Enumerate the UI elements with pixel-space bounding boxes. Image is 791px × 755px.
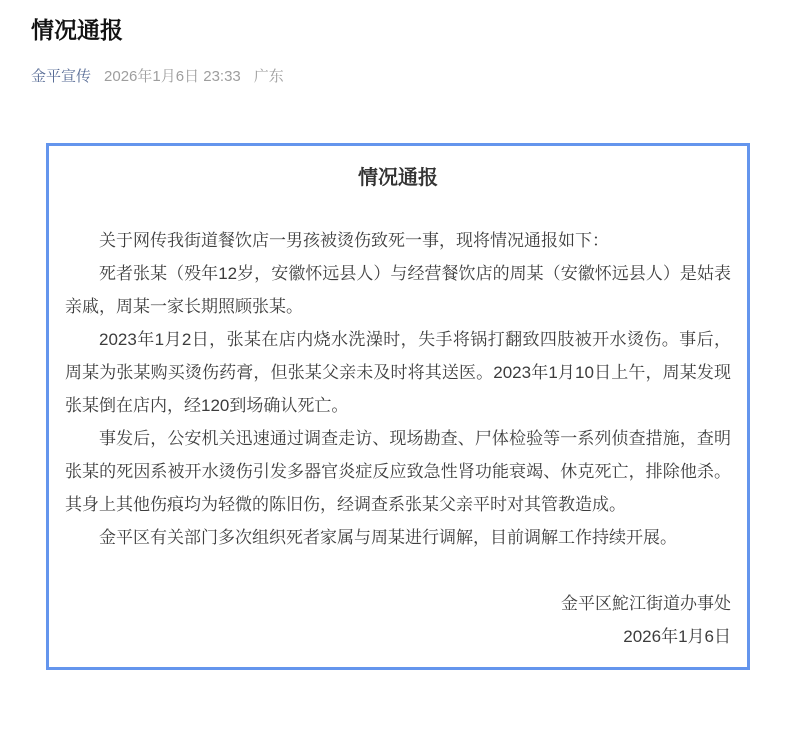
publish-location: 广东: [254, 66, 284, 87]
publish-datetime: 2026年1月6日 23:33: [104, 66, 241, 87]
notice-box: 情况通报 关于网传我街道餐饮店一男孩被烫伤致死一事，现将情况通报如下： 死者张某…: [46, 143, 750, 670]
author-link[interactable]: 金平宣传: [31, 66, 91, 87]
signature-organization: 金平区鮀江街道办事处: [65, 587, 731, 620]
page-title: 情况通报: [31, 14, 760, 46]
notice-paragraph: 事发后，公安机关迅速通过调查走访、现场勘查、尸体检验等一系列侦查措施，查明张某的…: [65, 422, 731, 521]
signature-date: 2026年1月6日: [65, 620, 731, 653]
notice-paragraph: 2023年1月2日，张某在店内烧水洗澡时，失手将锅打翻致四肢被开水烫伤。事后，周…: [65, 323, 731, 422]
notice-paragraph: 金平区有关部门多次组织死者家属与周某进行调解，目前调解工作持续开展。: [65, 521, 731, 554]
notice-paragraph: 死者张某（殁年12岁，安徽怀远县人）与经营餐饮店的周某（安徽怀远县人）是姑表亲戚…: [65, 257, 731, 323]
article-page: 情况通报 金平宣传 2026年1月6日 23:33 广东 情况通报 关于网传我街…: [0, 0, 791, 755]
notice-body: 关于网传我街道餐饮店一男孩被烫伤致死一事，现将情况通报如下： 死者张某（殁年12…: [65, 224, 731, 554]
notice-title: 情况通报: [65, 164, 731, 192]
notice-signature: 金平区鮀江街道办事处 2026年1月6日: [65, 587, 731, 653]
notice-paragraph: 关于网传我街道餐饮店一男孩被烫伤致死一事，现将情况通报如下：: [65, 224, 731, 257]
article-meta: 金平宣传 2026年1月6日 23:33 广东: [31, 66, 760, 87]
